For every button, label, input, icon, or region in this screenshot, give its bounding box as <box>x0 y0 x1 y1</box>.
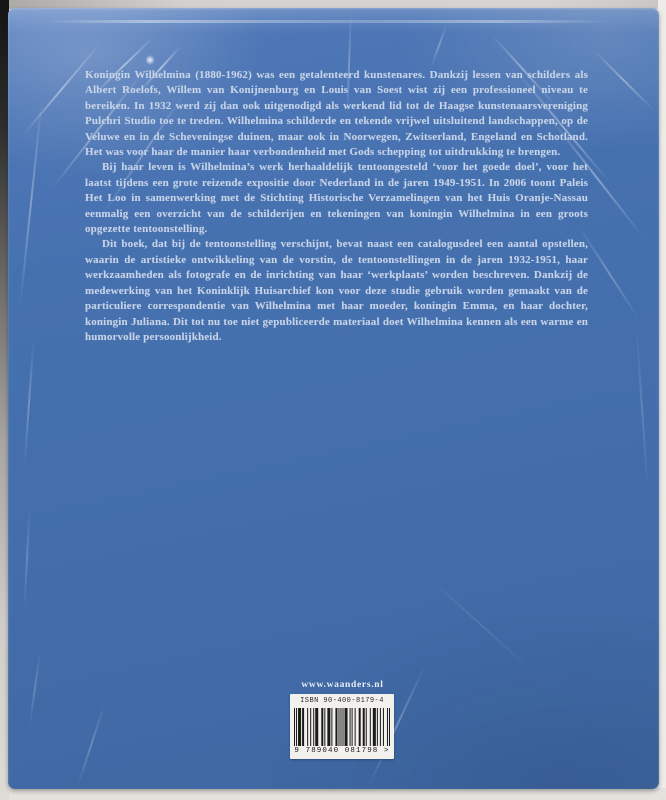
barcode-bar <box>294 708 295 746</box>
isbn-label: ISBN 90-400-8179-4 <box>300 696 384 707</box>
barcode-bar <box>302 708 304 746</box>
barcode-bar <box>380 708 381 746</box>
barcode-bar <box>363 708 365 746</box>
barcode-bar <box>355 708 356 746</box>
barcode-bar <box>359 708 361 746</box>
barcode-digits: 9 789040 081798 > <box>294 746 389 757</box>
barcode-bar <box>389 708 390 746</box>
back-cover-blurb: Koningin Wilhelmina (1880-1962) was een … <box>85 68 588 345</box>
barcode-bar <box>310 708 311 746</box>
backdrop-bottom-strip <box>0 788 666 800</box>
plastic-glare-streak <box>19 98 43 307</box>
plastic-glare-spot <box>146 54 154 66</box>
barcode-bar <box>343 708 344 746</box>
ean-barcode <box>294 708 390 746</box>
barcode-bar <box>331 708 332 746</box>
barcode-bar <box>315 708 318 746</box>
isbn-barcode-box: ISBN 90-400-8179-4 9 789040 081798 > <box>290 694 394 759</box>
plastic-glare-streak <box>423 572 536 674</box>
barcode-bar <box>340 708 341 746</box>
barcode-bar <box>377 708 378 746</box>
plastic-glare-streak <box>23 338 34 468</box>
book-photo: Koningin Wilhelmina (1880-1962) was een … <box>0 0 666 800</box>
barcode-bar <box>298 708 301 746</box>
barcode-bar <box>324 708 325 746</box>
publisher-website: www.waanders.nl <box>8 680 659 690</box>
barcode-bar <box>345 708 348 746</box>
backdrop-right-strip <box>658 0 666 800</box>
barcode-bar <box>321 708 323 746</box>
barcode-bar <box>383 708 384 746</box>
plastic-glare-band <box>44 20 610 23</box>
barcode-bar <box>366 708 367 746</box>
barcode-bar <box>335 708 337 746</box>
blurb-paragraph-1: Koningin Wilhelmina (1880-1962) was een … <box>85 68 588 160</box>
blurb-paragraph-3: Dit boek, dat bij de tentoonstelling ver… <box>85 237 588 345</box>
blurb-paragraph-2: Bij haar leven is Wilhelmina’s werk herh… <box>85 160 588 237</box>
barcode-bar <box>387 708 388 746</box>
plastic-glare-streak <box>593 50 655 112</box>
barcode-bar <box>296 708 297 746</box>
barcode-bar <box>338 708 339 746</box>
plastic-glare-streak <box>77 705 105 786</box>
barcode-bar <box>327 708 330 746</box>
barcode-bar <box>370 708 371 746</box>
plastic-glare-streak <box>430 24 447 67</box>
barcode-bar <box>352 708 353 746</box>
barcode-bar <box>350 708 351 746</box>
barcode-bar <box>373 708 376 746</box>
plastic-glare-streak <box>23 508 30 608</box>
book-back-cover: Koningin Wilhelmina (1880-1962) was een … <box>8 8 659 789</box>
barcode-bar <box>307 708 308 746</box>
plastic-glare-streak <box>635 328 648 488</box>
barcode-bar <box>313 708 314 746</box>
